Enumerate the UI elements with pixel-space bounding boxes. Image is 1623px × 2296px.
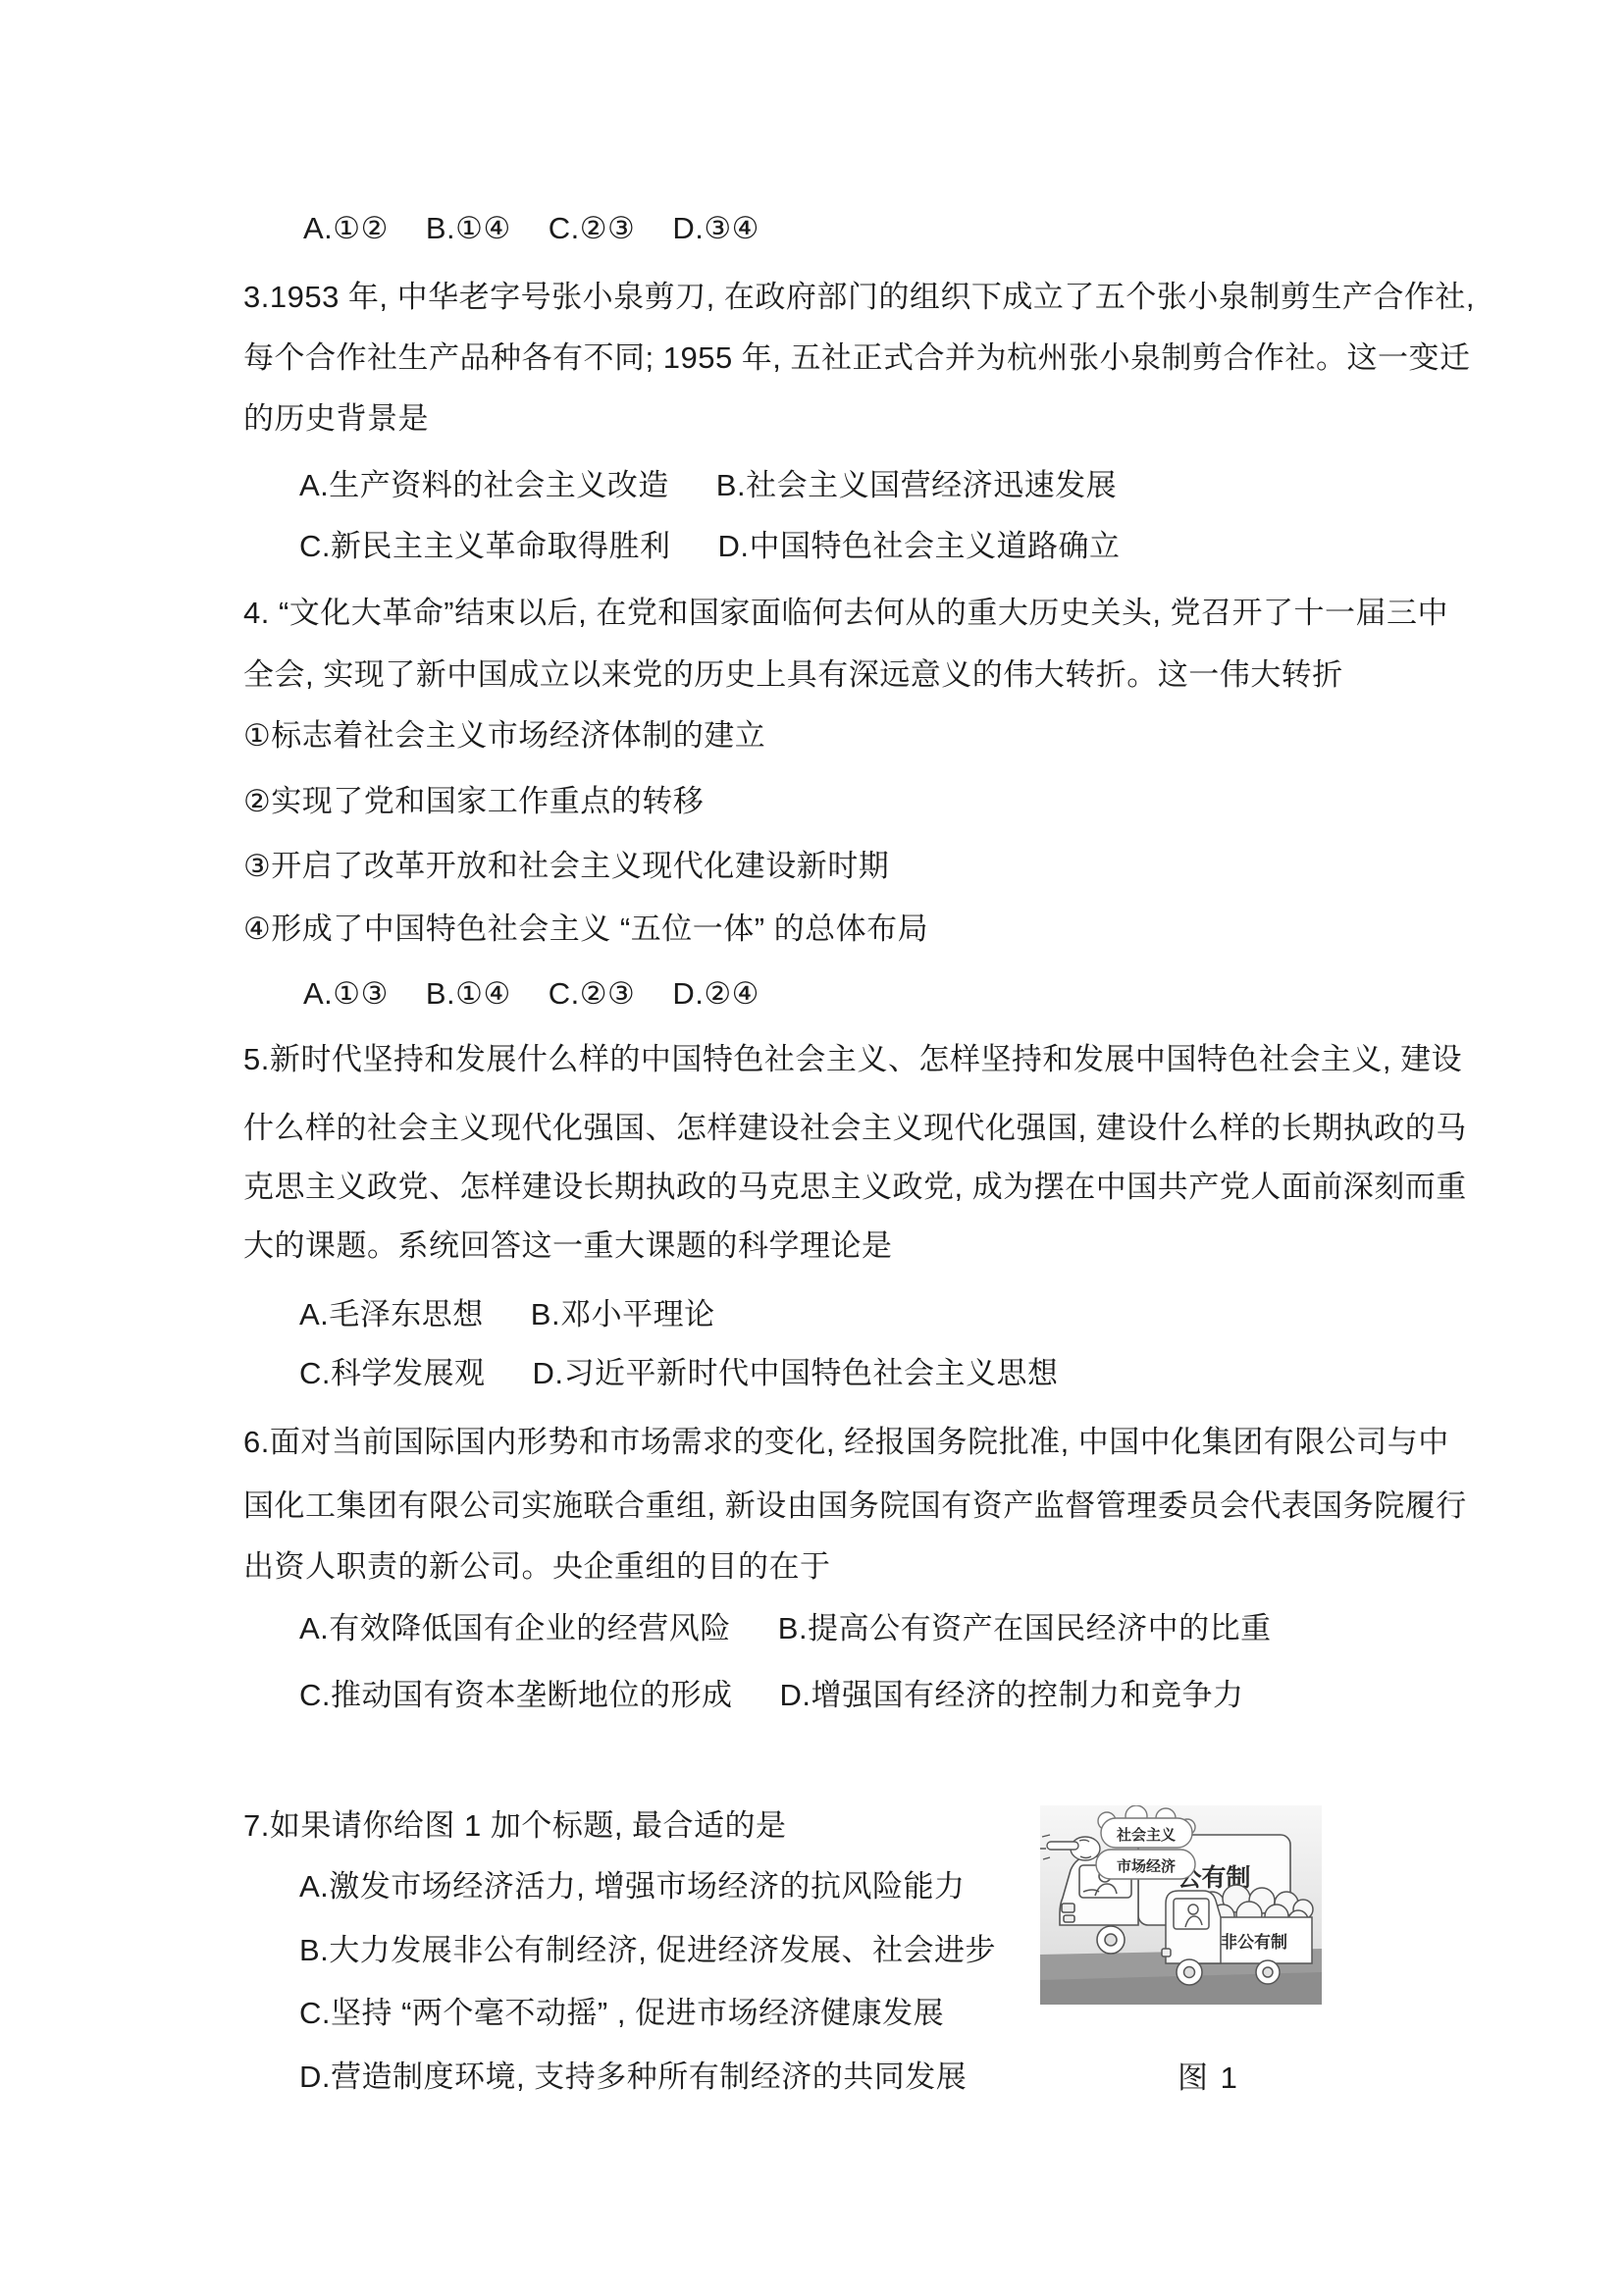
exam-page: A.①② B.①④ C.②③ D.③④ 3.1953 年, 中华老字号张小泉剪刀… (0, 0, 1623, 2296)
question-4-statement-3: ③开启了改革开放和社会主义现代化建设新时期 (243, 845, 889, 888)
question-5-line-2: 什么样的社会主义现代化强国、怎样建设社会主义现代化强国, 建设什么样的长期执政的… (243, 1107, 1467, 1150)
question-6-line-3: 出资人职责的新公司。央企重组的目的在于 (243, 1545, 831, 1589)
option-b: B.①④ (426, 972, 511, 1016)
option-b: B.①④ (426, 207, 511, 250)
option-c: C.新民主主义革命取得胜利 (299, 525, 671, 568)
bubble-top-label: 社会主义 (1116, 1826, 1176, 1844)
option-b: B.提高公有资产在国民经济中的比重 (778, 1607, 1272, 1650)
figure-1-caption: 图 1 (1178, 2057, 1239, 2100)
option-b: B.社会主义国营经济迅速发展 (716, 464, 1117, 507)
question-7-option-d: D.营造制度环境, 支持多种所有制经济的共同发展 (299, 2056, 967, 2099)
option-a: A.①③ (303, 972, 389, 1016)
small-truck-rear-hub (1263, 1967, 1273, 1977)
option-d: D.③④ (672, 207, 759, 250)
question-4-line-2: 全会, 实现了新中国成立以来党的历史上具有深远意义的伟大转折。这一伟大转折 (243, 653, 1343, 697)
option-c: C.②③ (549, 207, 636, 250)
question-3-line-1: 3.1953 年, 中华老字号张小泉剪刀, 在政府部门的组织下成立了五个张小泉制… (243, 276, 1475, 319)
option-d: D.增强国有经济的控制力和竞争力 (780, 1674, 1244, 1717)
question-6-line-2: 国化工集团有限公司实施联合重组, 新设由国务院国有资产监督管理委员会代表国务院履… (243, 1485, 1467, 1528)
question-5-line-1: 5.新时代坚持和发展什么样的中国特色社会主义、怎样坚持和发展中国特色社会主义, … (243, 1038, 1462, 1081)
option-d: D.习近平新时代中国特色社会主义思想 (533, 1352, 1059, 1395)
option-a: A.毛泽东思想 (299, 1293, 484, 1336)
question-3-options-ab: A.生产资料的社会主义改造 B.社会主义国营经济迅速发展 (299, 464, 1117, 507)
option-a: A.有效降低国有企业的经营风险 (299, 1607, 731, 1650)
question-4-statement-4: ④形成了中国特色社会主义 “五位一体” 的总体布局 (243, 908, 928, 951)
small-truck-label: 非公有制 (1221, 1932, 1287, 1952)
option-c: C.科学发展观 (299, 1352, 486, 1395)
big-truck-bumper (1064, 1915, 1074, 1922)
small-truck-front-hub (1184, 1967, 1195, 1978)
question-3-line-2: 每个合作社生产品种各有不同; 1955 年, 五社正式合并为杭州张小泉制剪合作社… (243, 337, 1471, 380)
option-d: D.中国特色社会主义道路确立 (718, 525, 1121, 568)
question-7-option-c: C.坚持 “两个毫不动摇” , 促进市场经济健康发展 (299, 1992, 944, 2035)
question-5-options-cd: C.科学发展观 D.习近平新时代中国特色社会主义思想 (299, 1352, 1059, 1395)
hand-finger (1047, 1842, 1078, 1850)
option-a: A.生产资料的社会主义改造 (299, 464, 669, 507)
big-truck-wheel-hub (1105, 1934, 1117, 1946)
question-3-line-3: 的历史背景是 (243, 397, 429, 441)
option-a: A.①② (303, 207, 389, 250)
option-b: B.邓小平理论 (531, 1293, 715, 1336)
question-7-option-a: A.激发市场经济活力, 增强市场经济的抗风险能力 (299, 1865, 966, 1908)
question-7-line-1: 7.如果请你给图 1 加个标题, 最合适的是 (243, 1804, 787, 1848)
question-5-options-ab: A.毛泽东思想 B.邓小平理论 (299, 1293, 715, 1336)
option-c: C.推动国有资本垄断地位的形成 (299, 1674, 733, 1717)
bubble-bottom-label: 市场经济 (1117, 1857, 1176, 1875)
question-4-statement-2: ②实现了党和国家工作重点的转移 (243, 780, 704, 823)
option-d: D.②④ (672, 972, 759, 1016)
question-4-statement-1: ①标志着社会主义市场经济体制的建立 (243, 714, 765, 757)
question-6-options-ab: A.有效降低国有企业的经营风险 B.提高公有资产在国民经济中的比重 (299, 1607, 1272, 1650)
question-4-line-1: 4. “文化大革命”结束以后, 在党和国家面临何去何从的重大历史关头, 党召开了… (243, 592, 1448, 635)
small-truck-headlight (1162, 1949, 1171, 1957)
question-7-option-b: B.大力发展非公有制经济, 促进经济发展、社会进步 (299, 1929, 996, 1972)
question-2-options-row: A.①② B.①④ C.②③ D.③④ (303, 207, 759, 250)
big-truck-headlight (1062, 1904, 1074, 1912)
question-4-options-row: A.①③ B.①④ C.②③ D.②④ (303, 972, 759, 1016)
question-6-options-cd: C.推动国有资本垄断地位的形成 D.增强国有经济的控制力和竞争力 (299, 1674, 1244, 1717)
question-5-line-3: 克思主义政党、怎样建设长期执政的马克思主义政党, 成为摆在中国共产党人面前深刻而… (243, 1166, 1467, 1209)
question-6-line-1: 6.面对当前国际国内形势和市场需求的变化, 经报国务院批准, 中国中化集团有限公… (243, 1421, 1449, 1464)
option-c: C.②③ (549, 972, 636, 1016)
figure-1-illustration: 公有制 (1040, 1805, 1322, 2005)
question-5-line-4: 大的课题。系统回答这一重大课题的科学理论是 (243, 1225, 893, 1268)
question-3-options-cd: C.新民主主义革命取得胜利 D.中国特色社会主义道路确立 (299, 525, 1121, 568)
